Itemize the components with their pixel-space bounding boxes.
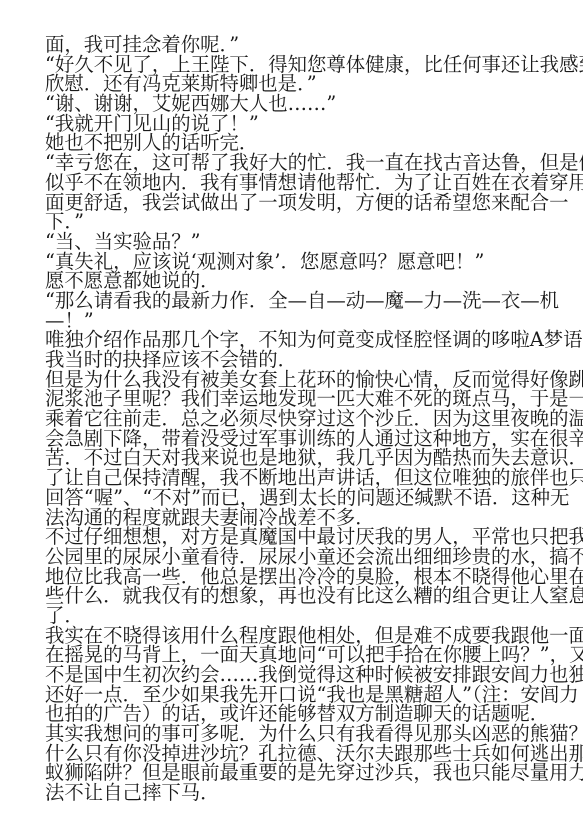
text-line: 公园里的尿尿小童看待．尿尿小童还会流出细细珍贵的水，搞不好: [45, 547, 565, 567]
text-line: “那么请看我的最新力作．全—自—动—魔—力—洗—衣—机: [45, 291, 565, 311]
text-line: 了让自己保持清醒，我不断地出声讲话，但这位唯独的旅伴也只会: [45, 468, 565, 488]
text-line: 其实我想问的事可多呢．为什么只有我看得见那头凶恶的熊猫？为: [45, 724, 565, 744]
text-line: 法不让自己摔下马．: [45, 783, 565, 803]
text-line: 了．: [45, 606, 565, 626]
text-line: 面更舒适，我尝试做出了一项发明，方便的话希望您来配合一: [45, 193, 565, 213]
text-line: 不是国中生初次约会……我倒觉得这种时候被安排跟安闾力也独处: [45, 665, 565, 685]
text-line: 回答“喔”、“不对”而已，遇到太长的问题还缄默不语．这种无: [45, 488, 565, 508]
text-line: 面，我可挂念着你呢．”: [45, 35, 565, 55]
text-line: “幸亏您在，这可帮了我好大的忙．我一直在找古音达鲁，但是他: [45, 153, 565, 173]
text-line: 愿不愿意都她说的．: [45, 271, 565, 291]
text-line: 似乎不在领地内．我有事情想请他帮忙．为了让百姓在衣着穿用方: [45, 173, 565, 193]
text-line: 下．”: [45, 212, 565, 232]
text-line: “当、当实验品？”: [45, 232, 565, 252]
document-page: 面，我可挂念着你呢．” “好久不见了，上王陛下．得知您尊体健康，比任何事还让我感…: [45, 35, 565, 803]
text-line: 乘着它往前走．总之必须尽快穿过这个沙丘．因为这里夜晚的温度: [45, 409, 565, 429]
text-line: 我当时的抉择应该不会错的．: [45, 350, 565, 370]
text-line: 些什么．就我仅有的想象，再也没有比这么糟的组合更让人窒息: [45, 586, 565, 606]
text-line: “谢、谢谢，艾妮西娜大人也……”: [45, 94, 565, 114]
text-line: 不过仔细想想，对方是真魔国中最讨厌我的男人，平常也只把我当: [45, 527, 565, 547]
